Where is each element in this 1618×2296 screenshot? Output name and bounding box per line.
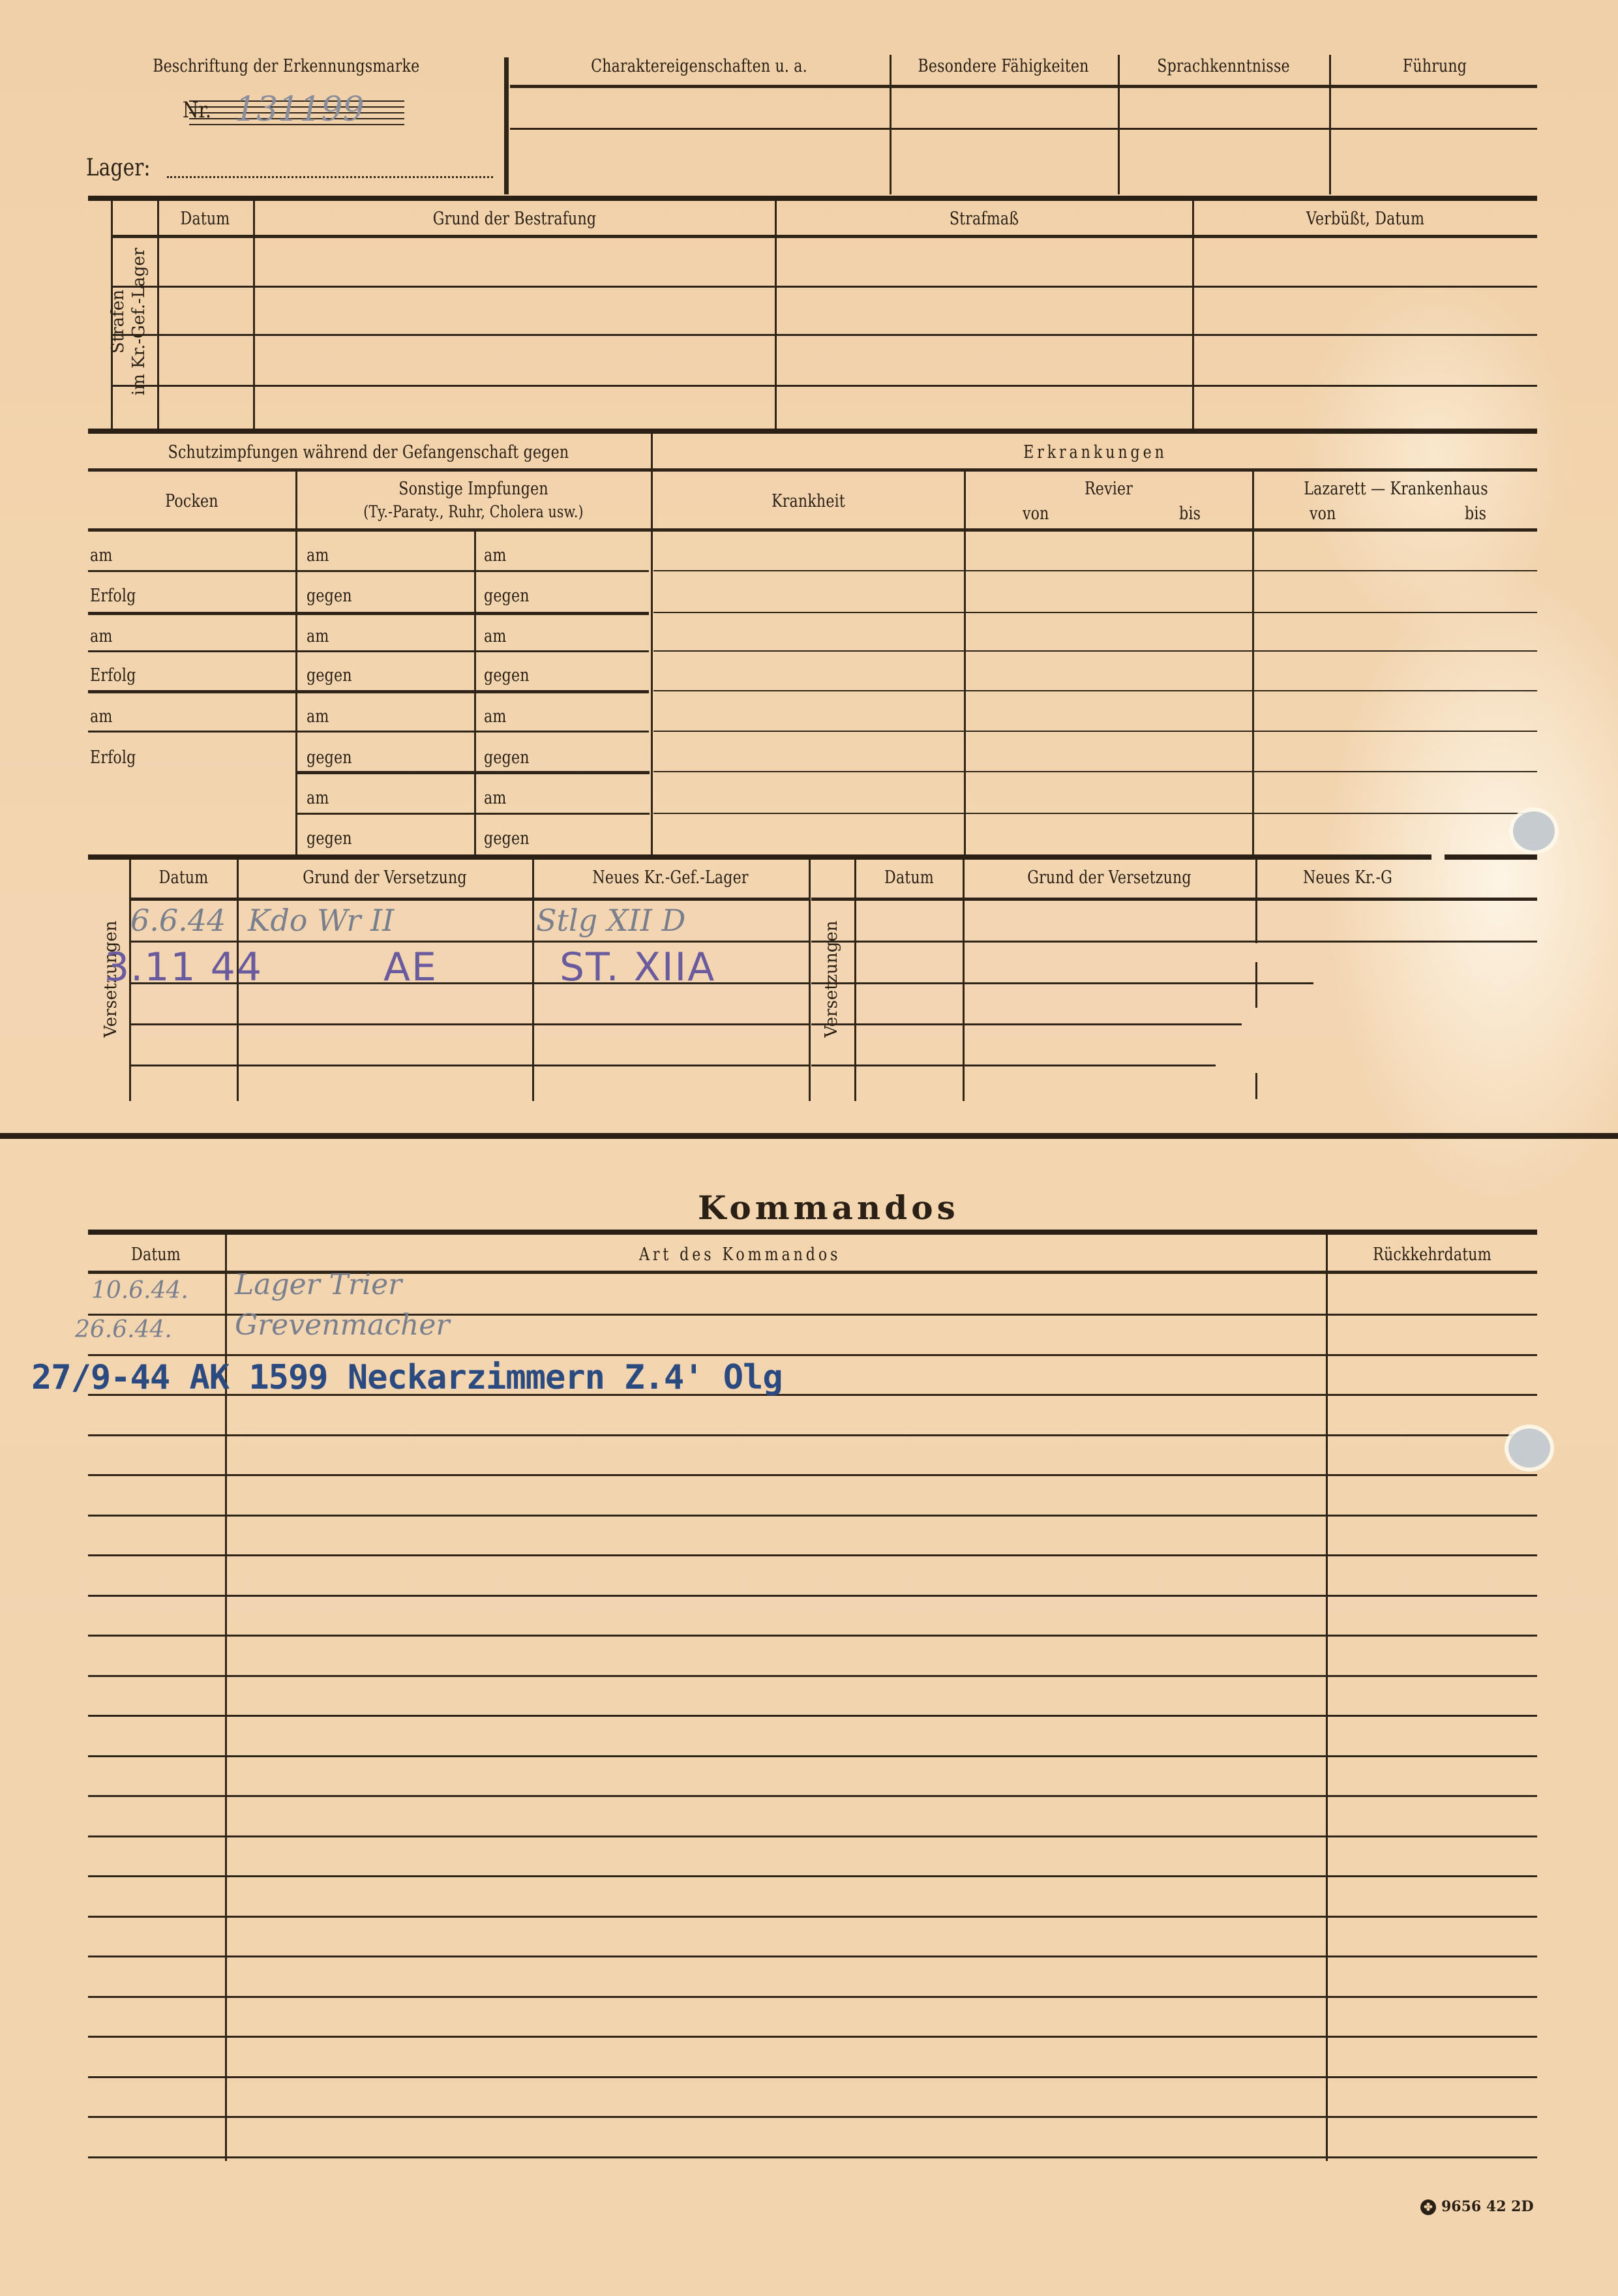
kommando-rule xyxy=(88,1515,1537,1517)
lager-field[interactable] xyxy=(167,176,493,178)
strafen-col-strafmass: Strafmaß xyxy=(813,210,1154,228)
field-charakter[interactable] xyxy=(510,89,888,193)
nr-value[interactable]: 131199 xyxy=(235,90,365,129)
field-sprachen[interactable] xyxy=(1120,89,1328,193)
vers-r-col-lager: Neues Kr.-G xyxy=(1303,869,1392,886)
top-divider xyxy=(504,57,509,194)
kommandos-col-art: Art des Kommandos xyxy=(639,1246,841,1263)
lager-label: Lager: xyxy=(86,157,151,180)
vers-l-col-lager: Neues Kr.-Gef.-Lager xyxy=(558,869,783,886)
field-faehigkeiten[interactable] xyxy=(892,89,1116,193)
kommando-rule xyxy=(88,1554,1537,1556)
strafen-col-datum: Datum xyxy=(166,210,245,228)
erkrankungen-table[interactable] xyxy=(653,531,1537,854)
kommando-rule xyxy=(88,1675,1537,1677)
kommando-rule xyxy=(88,1434,1537,1436)
strafen-table[interactable] xyxy=(112,239,1537,428)
kommando-rule xyxy=(88,1595,1537,1597)
kommando-rule xyxy=(88,1715,1537,1717)
kommando-rule xyxy=(88,1916,1537,1918)
erkennungsmarke-label: Beschriftung der Erkennungsmarke xyxy=(153,57,356,75)
versetzung-row-3[interactable] xyxy=(130,985,809,1023)
erk-lazarett-bis: bis xyxy=(1465,505,1486,522)
col-charakter: Charaktereigenschaften u. a. xyxy=(544,57,854,75)
kommando-rule xyxy=(88,1474,1537,1476)
vers-l-col-datum: Datum xyxy=(140,869,228,886)
print-code: ✤9656 42 2D xyxy=(1420,2198,1534,2215)
impf-col-sonstige-2: (Ty.-Paraty., Ruhr, Cholera usw.) xyxy=(329,504,618,520)
punch-hole-2 xyxy=(1508,1428,1550,1468)
versetzung-1-datum: 6.6.44 xyxy=(130,903,226,938)
strafen-top-rule xyxy=(88,196,1537,201)
kommando-1-datum: 10.6.44. xyxy=(91,1277,188,1304)
kommando-rule xyxy=(88,1875,1537,1877)
kommandos-col-rueckkehr: Rückkehrdatum xyxy=(1347,1246,1518,1263)
vers-r-col-datum: Datum xyxy=(866,869,951,886)
kommando-rule xyxy=(88,1996,1537,1998)
kommando-2-art: Grevenmacher xyxy=(235,1308,449,1342)
erk-col-lazarett: Lazarett — Krankenhaus xyxy=(1280,480,1512,498)
printer-logo-icon: ✤ xyxy=(1420,2199,1436,2215)
versetzung-2-grund: AE xyxy=(383,944,438,990)
kommando-rule xyxy=(88,2116,1537,2118)
impf-col-pocken: Pocken xyxy=(107,492,277,510)
kommando-2-datum: 26.6.44. xyxy=(75,1316,172,1343)
col-sprachen: Sprachkenntnisse xyxy=(1138,57,1309,75)
fold-line xyxy=(0,1133,1618,1139)
field-fuehrung[interactable] xyxy=(1332,89,1537,193)
strafen-col-verbuesst: Verbüßt, Datum xyxy=(1224,210,1506,228)
strafen-col-grund: Grund der Bestrafung xyxy=(301,210,728,228)
vers-l-col-grund: Grund der Versetzung xyxy=(265,869,505,886)
erk-revier-bis: bis xyxy=(1179,505,1201,522)
kommando-rule xyxy=(88,2076,1537,2078)
erkrankungen-title: Erkrankungen xyxy=(733,444,1458,461)
erk-lazarett-von: von xyxy=(1310,505,1336,522)
punch-hole-1 xyxy=(1513,811,1555,851)
versetzung-2-lager: ST. XIIA xyxy=(560,944,715,990)
kommandos-title: Kommandos xyxy=(698,1188,959,1227)
kommando-rule xyxy=(88,2156,1537,2158)
impfungen-title: Schutzimpfungen während der Gefangenscha… xyxy=(138,444,598,461)
vers-r-col-grund: Grund der Versetzung xyxy=(990,869,1229,886)
kommando-rule xyxy=(88,1795,1537,1797)
col-faehigkeiten: Besondere Fähigkeiten xyxy=(911,57,1096,75)
kommando-rule xyxy=(88,1354,1537,1356)
impfungen-top-rule xyxy=(88,429,1537,434)
impf-col-sonstige-1: Sonstige Impfungen xyxy=(329,480,618,498)
versetzungen-top-rule xyxy=(88,854,1431,860)
kommando-3-stamp[interactable]: 27/9-44 AK 1599 Neckarzimmern Z.4' Olg xyxy=(31,1358,783,1397)
kommando-rule xyxy=(88,1635,1537,1637)
kommando-rule xyxy=(88,1835,1537,1837)
versetzung-1-lager: Stlg XII D xyxy=(536,903,685,938)
kommandos-col-datum: Datum xyxy=(100,1246,212,1263)
versetzung-row-4[interactable] xyxy=(130,1026,809,1064)
kommando-rule xyxy=(88,2036,1537,2038)
versetzungen-right-side-label: Versetzungen xyxy=(821,911,842,1048)
impfungen-table[interactable] xyxy=(88,531,649,854)
versetzung-2-datum: 3.11 44 xyxy=(104,944,263,990)
versetzung-1-grund: Kdo Wr II xyxy=(248,903,394,938)
erk-col-revier: Revier xyxy=(992,480,1225,498)
kommando-1-art: Lager Trier xyxy=(235,1268,402,1301)
versetzungen-right-table[interactable] xyxy=(857,900,1537,1099)
erk-col-krankheit: Krankheit xyxy=(682,492,936,510)
kommando-rule xyxy=(88,1956,1537,1957)
erk-revier-von: von xyxy=(1023,505,1049,522)
col-fuehrung: Führung xyxy=(1349,57,1520,75)
kommando-rule xyxy=(88,1755,1537,1757)
